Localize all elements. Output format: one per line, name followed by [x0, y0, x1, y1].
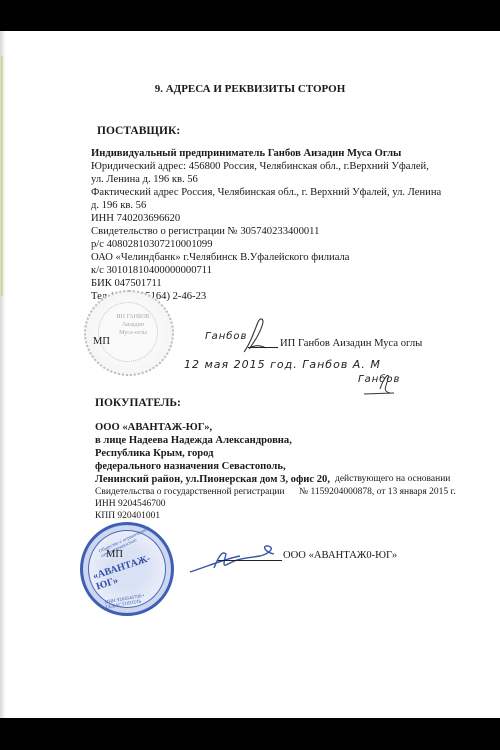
supplier-legal-address-2: ул. Ленина д. 196 кв. 56	[91, 173, 198, 186]
buyer-city: федерального назначения Севастополь,	[95, 460, 286, 473]
supplier-heading: ПОСТАВЩИК:	[97, 125, 180, 138]
document-page: 9. АДРЕСА И РЕКВИЗИТЫ СТОРОН ПОСТАВЩИК: …	[0, 31, 500, 718]
supplier-stamp: ИП ГАНБОВ Аизадин Муса-оглы	[84, 290, 174, 376]
supplier-mp-label: МП	[93, 336, 110, 347]
buyer-heading: ПОКУПАТЕЛЬ:	[95, 397, 181, 410]
supplier-actual-address-2: д. 196 кв. 56	[91, 199, 146, 212]
buyer-mp-label: МП	[106, 549, 123, 560]
supplier-bik: БИК 047501711	[91, 277, 162, 290]
supplier-signature-icon	[240, 314, 280, 364]
supplier-name: Индивидуальный предприниматель Ганбов Аи…	[91, 147, 401, 160]
buyer-stamp-ring-bottom: ИНН 9204546700 • СЕВАСТОПОЛЬ	[105, 589, 172, 610]
buyer-address: Ленинский район, ул.Пионерская дом 3, оф…	[95, 473, 330, 486]
section-title: 9. АДРЕСА И РЕКВИЗИТЫ СТОРОН	[0, 83, 500, 96]
supplier-stamp-text-1: ИП ГАНБОВ	[108, 314, 158, 320]
buyer-name: ООО «АВАНТАЖ-ЮГ»,	[95, 421, 212, 434]
buyer-basis: действующего на основании	[335, 473, 450, 486]
supplier-registration: Свидетельство о регистрации № 3057402334…	[91, 225, 319, 238]
supplier-correspondent-account: к/с 30101810400000000711	[91, 264, 212, 277]
supplier-signature-line	[248, 347, 278, 348]
buyer-represented-by: в лице Надеева Надежда Александровна,	[95, 434, 292, 447]
buyer-state-registration-number: № 1159204000878, от 13 января 2015 г.	[299, 486, 456, 499]
buyer-signatory: ООО «АВАНТАЖ0-ЮГ»	[283, 549, 397, 562]
supplier-inn: ИНН 740203696620	[91, 212, 180, 225]
buyer-signature-line	[218, 560, 282, 561]
supplier-stamp-text-2: Аизадин	[108, 322, 158, 328]
supplier-signatory: ИП Ганбов Аизадин Муса оглы	[280, 337, 422, 350]
supplier-stamp-text-3: Муса-оглы	[108, 330, 158, 336]
supplier-legal-address-1: Юридический адрес: 456800 Россия, Челяби…	[91, 160, 429, 173]
supplier-settlement-account: р/с 40802810307210001099	[91, 238, 213, 251]
supplier-handwritten-date: 12 мая 2015 год. Ганбов А. М	[184, 358, 381, 371]
buyer-region: Республика Крым, город	[95, 447, 214, 460]
supplier-actual-address-1: Фактический адрес Россия, Челябинская об…	[91, 186, 441, 199]
buyer-stamp: Общество с ограниченной ответственностью…	[80, 522, 174, 616]
supplier-bank: ОАО «Челиндбанк» г.Челябинск В.Уфалейско…	[91, 251, 350, 264]
supplier-signature-underline-icon	[360, 367, 400, 397]
